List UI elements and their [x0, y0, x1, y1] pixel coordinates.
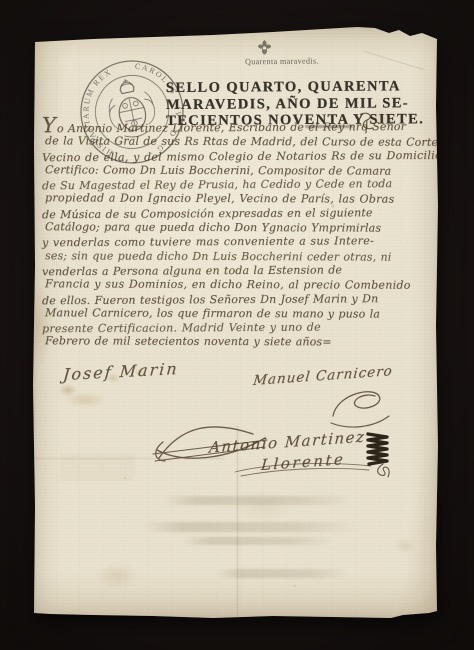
fee-line: Quarenta maravedis.: [226, 56, 338, 66]
stamp-line-1: SELLO QUARTO, QUARENTA: [166, 78, 456, 97]
manuscript-body: Yo Antonio Martinez Llorente, Escribano …: [42, 121, 436, 350]
corner-crease: [364, 51, 424, 70]
llorente-underline-flourish: [233, 454, 375, 480]
bleedthrough-smudge: [143, 522, 358, 532]
body-line: de la Visita Gral de sus Rs Rtas de Madr…: [45, 135, 436, 151]
stamp-line-2: MARAVEDIS, AÑO DE MIL SE-: [166, 95, 456, 114]
printer-vignette-icon: [256, 39, 273, 57]
body-line: Febrero de mil setecientos noventa y sie…: [45, 335, 436, 351]
bleedthrough-smudge: [218, 569, 348, 578]
bleedthrough-smudge: [183, 537, 333, 545]
body-line: y venderlas como tuviere mas conveniente…: [42, 234, 436, 251]
bleedthrough-smudge: [163, 496, 353, 505]
photo-backdrop: Quarenta maravedis.: [0, 0, 474, 650]
seal-crown-icon: [118, 78, 135, 94]
body-line: Francia y sus Dominios, en dicho Reino, …: [45, 278, 436, 294]
signature-josef-marin: Josef Marin: [62, 359, 179, 384]
carnicero-rubric-flourish: [327, 382, 395, 432]
manuscript-page: Quarenta maravedis.: [33, 26, 439, 619]
bleedthrough-staff-lines: [61, 452, 135, 480]
ink-blot: [363, 430, 393, 482]
